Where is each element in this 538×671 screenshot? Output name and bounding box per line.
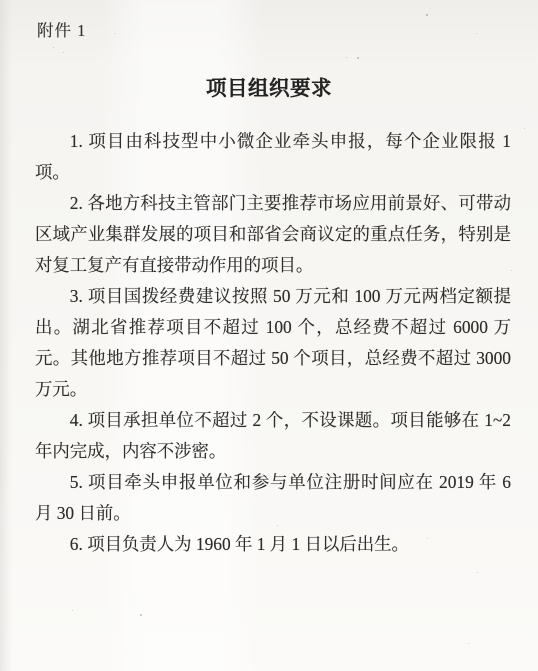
- scan-speckle: [426, 14, 428, 16]
- scan-speckle: [511, 270, 512, 271]
- scan-speckle: [132, 537, 133, 538]
- paragraph-item-6: 6. 项目负责人为 1960 年 1 月 1 日以后出生。: [35, 529, 511, 560]
- paragraph-item-4: 4. 项目承担单位不超过 2 个，不设课题。项目能够在 1~2 年内完成，内容不…: [35, 405, 511, 467]
- scan-speckle: [63, 52, 64, 53]
- scan-speckle: [346, 57, 347, 58]
- attachment-label: 附件 1: [37, 17, 86, 41]
- scan-speckle: [140, 614, 142, 616]
- scan-speckle: [277, 525, 278, 526]
- paragraph-item-2: 2. 各地方科技主管部门主要推荐市场应用前景好、可带动区域产业集群发展的项目和部…: [35, 188, 511, 281]
- paragraph-item-5: 5. 项目牵头申报单位和参与单位注册时间应在 2019 年 6 月 30 日前。: [35, 467, 511, 529]
- scan-speckle: [524, 128, 525, 129]
- paragraph-item-3: 3. 项目国拨经费建议按照 50 万元和 100 万元两档定额提出。湖北省推荐项…: [35, 281, 511, 405]
- scan-speckle: [477, 572, 478, 573]
- scan-speckle: [115, 33, 116, 34]
- paragraph-item-1: 1. 项目由科技型中小微企业牵头申报，每个企业限报 1 项。: [35, 126, 511, 188]
- scan-speckle: [53, 47, 54, 48]
- scan-speckle: [468, 643, 469, 644]
- scanned-document-page: 附件 1 项目组织要求 1. 项目由科技型中小微企业牵头申报，每个企业限报 1 …: [0, 0, 538, 671]
- scan-speckle: [357, 57, 359, 59]
- scan-speckle: [427, 538, 428, 539]
- scan-speckle: [476, 33, 477, 34]
- document-body: 1. 项目由科技型中小微企业牵头申报，每个企业限报 1 项。 2. 各地方科技主…: [35, 126, 511, 560]
- document-title: 项目组织要求: [0, 71, 538, 101]
- scan-speckle: [72, 610, 73, 611]
